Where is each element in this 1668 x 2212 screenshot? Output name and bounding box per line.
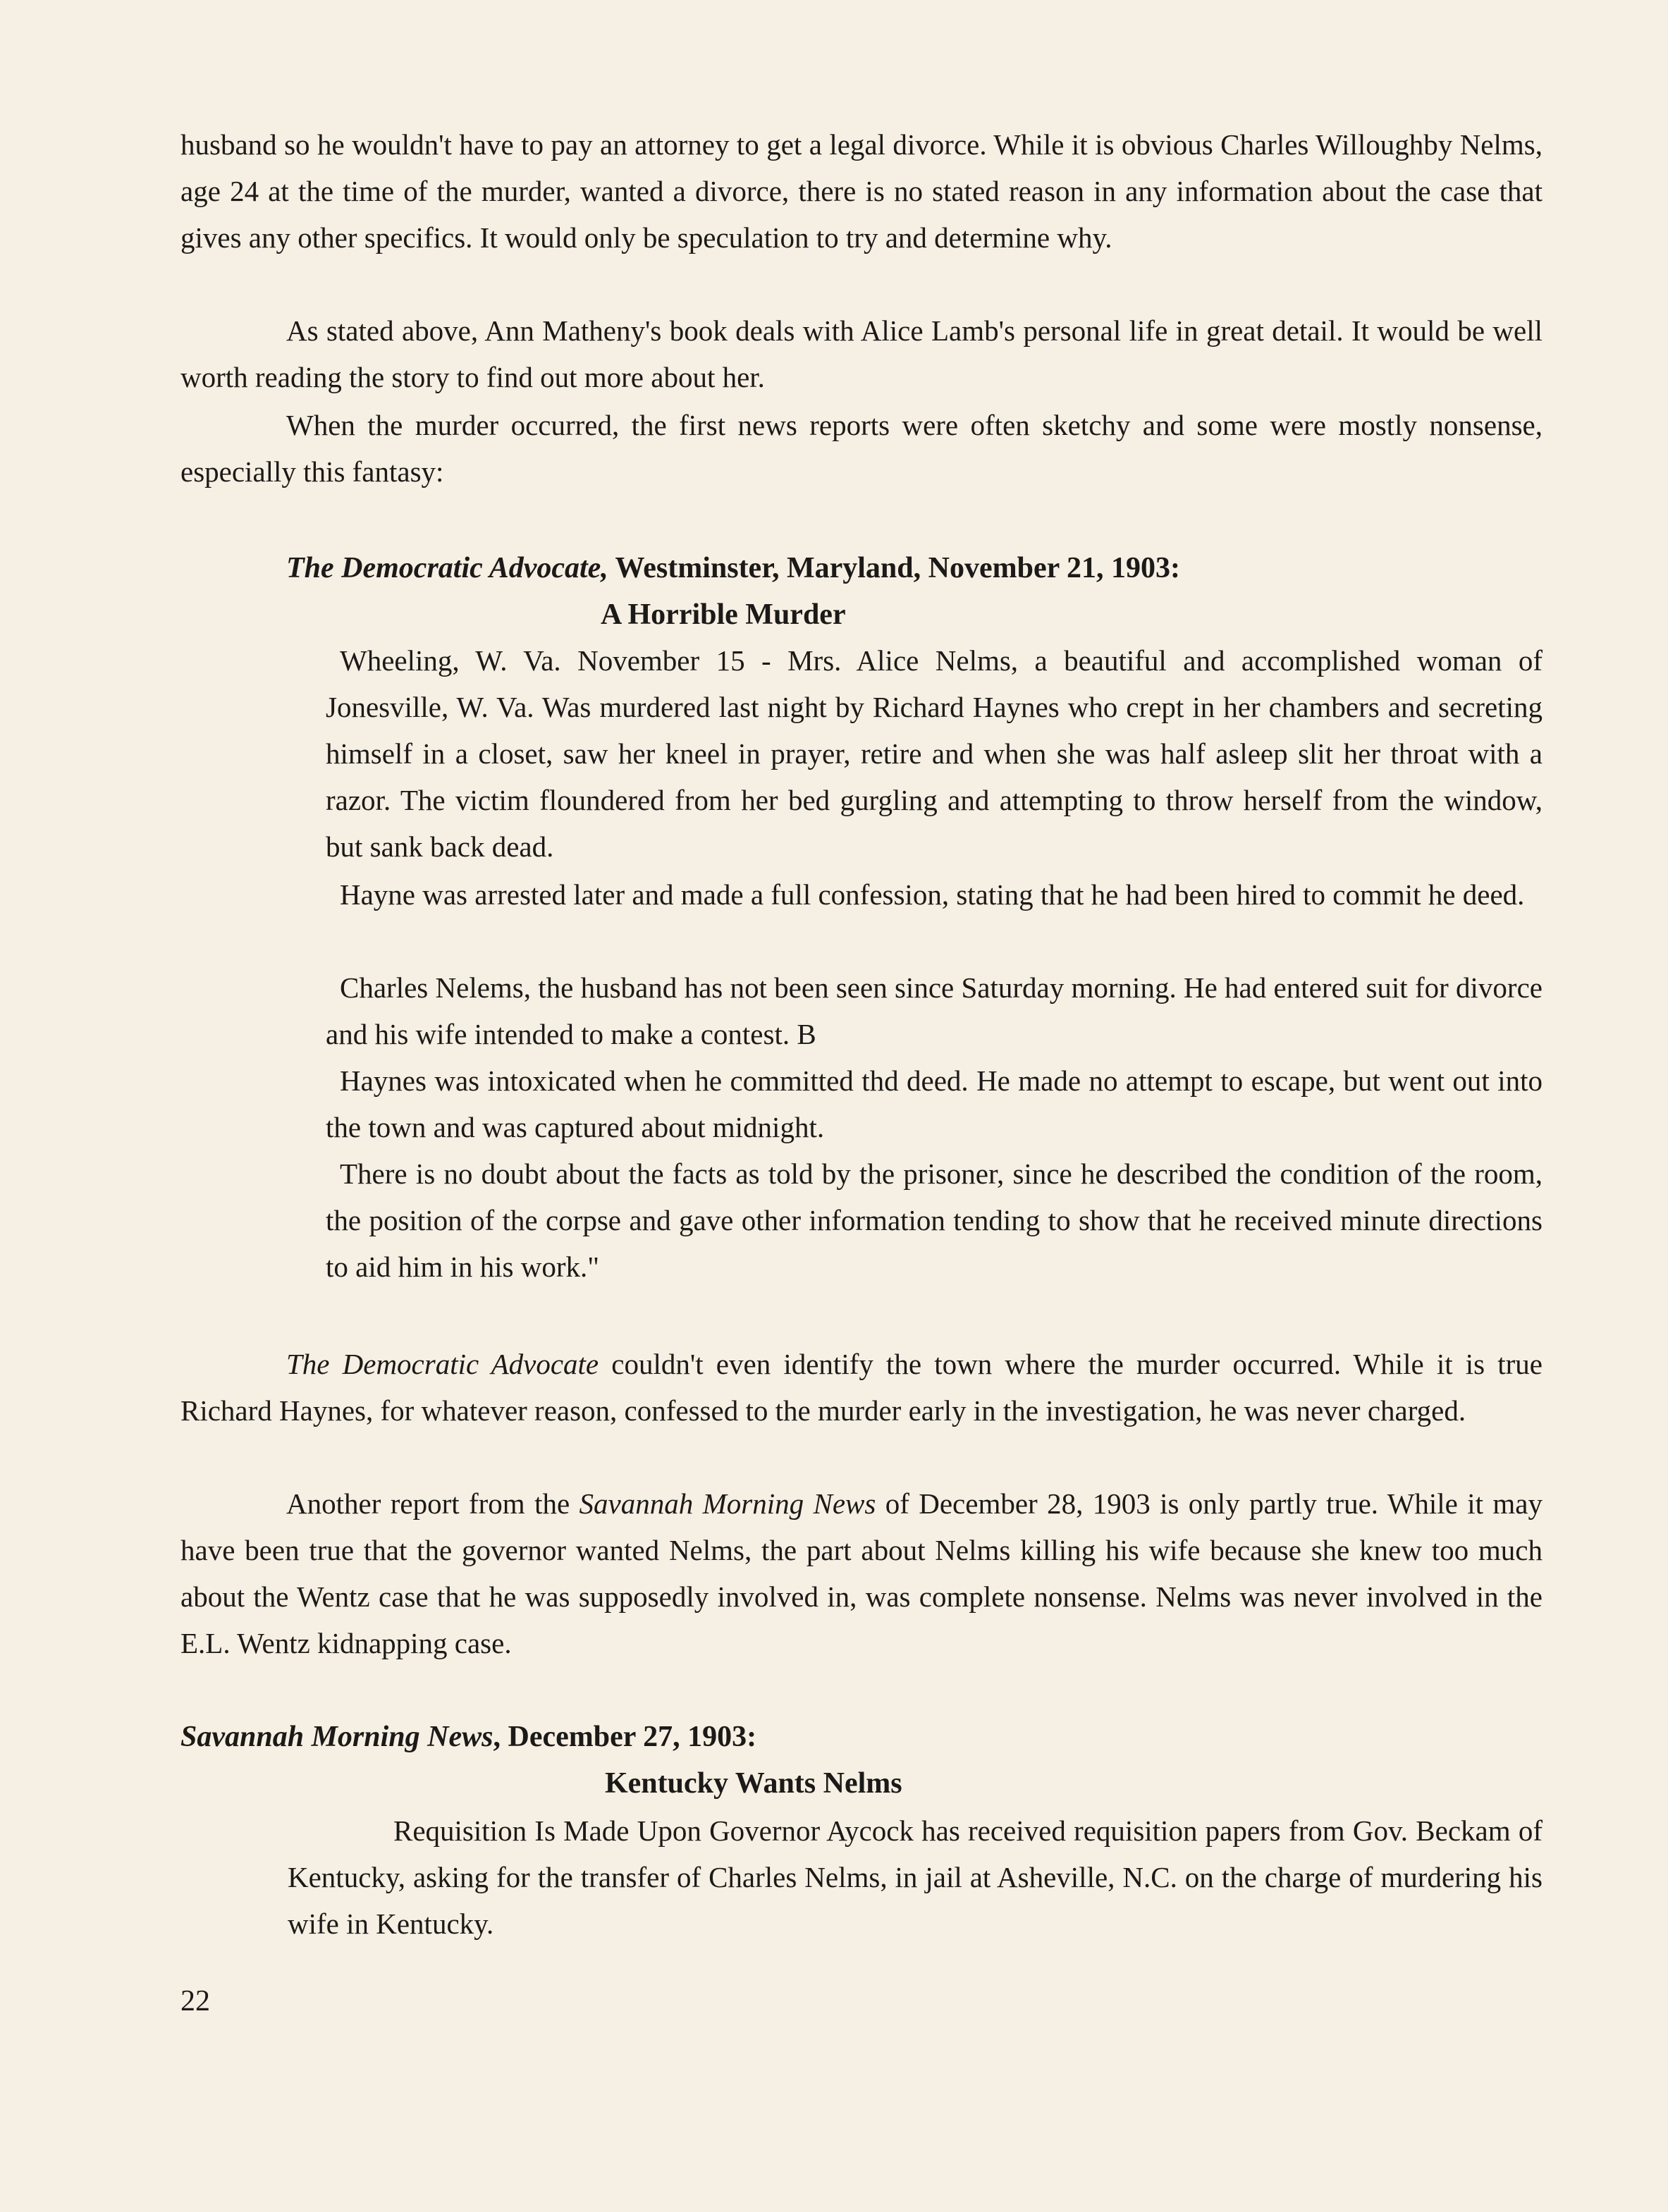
article1-headline: A Horrible Murder	[601, 598, 846, 632]
commentary-source-title-2: Savannah Morning News	[579, 1487, 876, 1520]
article1-paragraph-4: Haynes was intoxicated when he committed…	[326, 1057, 1543, 1150]
article1-source: The Democratic Advocate, Westminster, Ma…	[286, 551, 1180, 585]
intro-paragraph-1: husband so he wouldn't have to pay an at…	[180, 121, 1543, 261]
article1-paragraph-1: Wheeling, W. Va. November 15 - Mrs. Alic…	[326, 637, 1543, 870]
commentary-paragraph-2: Another report from the Savannah Morning…	[180, 1480, 1543, 1666]
article2-paragraph: Requisition Is Made Upon Governor Aycock…	[288, 1807, 1543, 1947]
article1-paragraph-3: Charles Nelems, the husband has not been…	[326, 964, 1543, 1057]
article2-source: Savannah Morning News, December 27, 1903…	[180, 1720, 756, 1754]
commentary-text-2a: Another report from the	[286, 1487, 579, 1520]
commentary-source-title: The Democratic Advocate	[286, 1348, 599, 1380]
article2-source-rest: , December 27, 1903:	[493, 1721, 756, 1753]
page-number: 22	[180, 1984, 210, 2018]
commentary-paragraph-1: The Democratic Advocate couldn't even id…	[180, 1341, 1543, 1434]
article2-headline: Kentucky Wants Nelms	[605, 1766, 902, 1800]
article2-source-title: Savannah Morning News	[180, 1721, 493, 1753]
intro-paragraph-2: As stated above, Ann Matheny's book deal…	[180, 307, 1543, 400]
article1-paragraph-5: There is no doubt about the facts as tol…	[326, 1150, 1543, 1290]
intro-paragraph-3: When the murder occurred, the first news…	[180, 402, 1543, 495]
article1-source-title: The Democratic Advocate,	[286, 552, 608, 584]
article1-source-rest: Westminster, Maryland, November 21, 1903…	[608, 552, 1180, 584]
article1-paragraph-2: Hayne was arrested later and made a full…	[326, 871, 1543, 918]
